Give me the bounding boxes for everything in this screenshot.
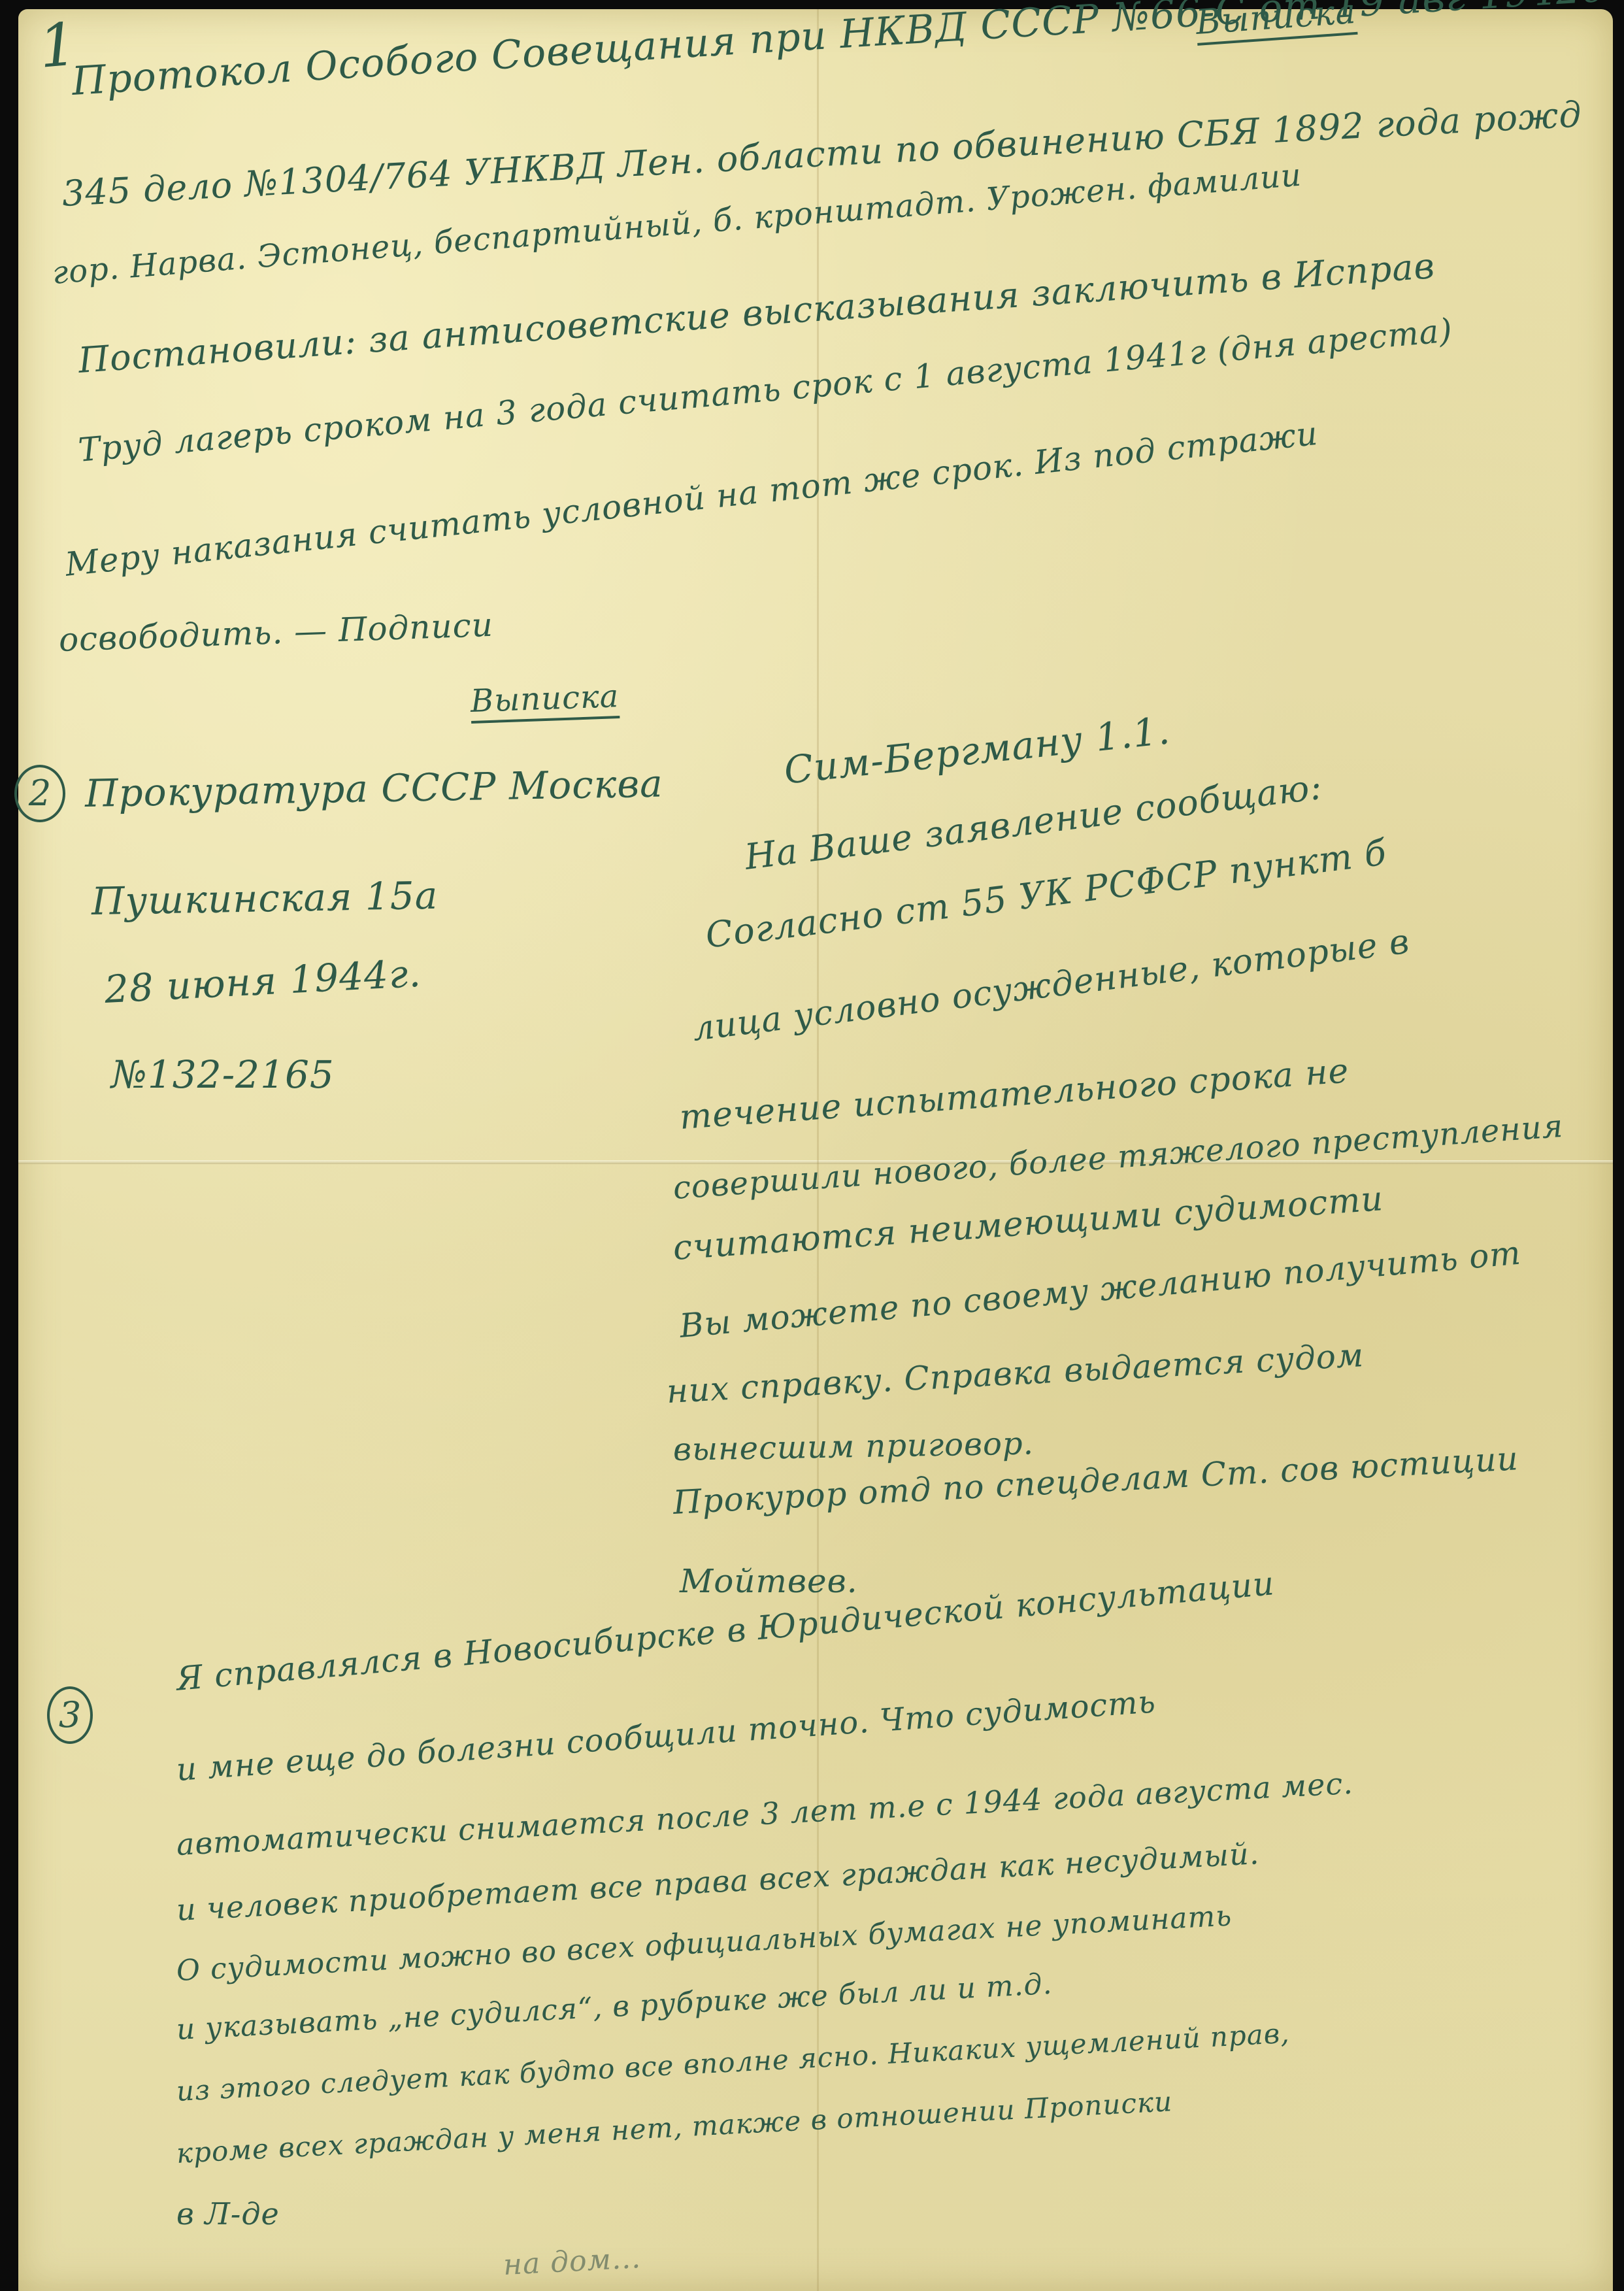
s3-line-9: в Л-де	[176, 2196, 280, 2232]
s2-body-9: вынесшим приговор.	[673, 1425, 1035, 1468]
s2-signature-name: Мойтвев.	[680, 1562, 858, 1600]
section-2-number: 2	[14, 765, 65, 822]
section-2-heading: Выписка	[470, 678, 620, 720]
section-3-number: 3	[47, 1686, 93, 1744]
s2-ref-number: №132-2165	[111, 1052, 335, 1097]
s2-address: Пушкинская 15а	[91, 873, 438, 924]
